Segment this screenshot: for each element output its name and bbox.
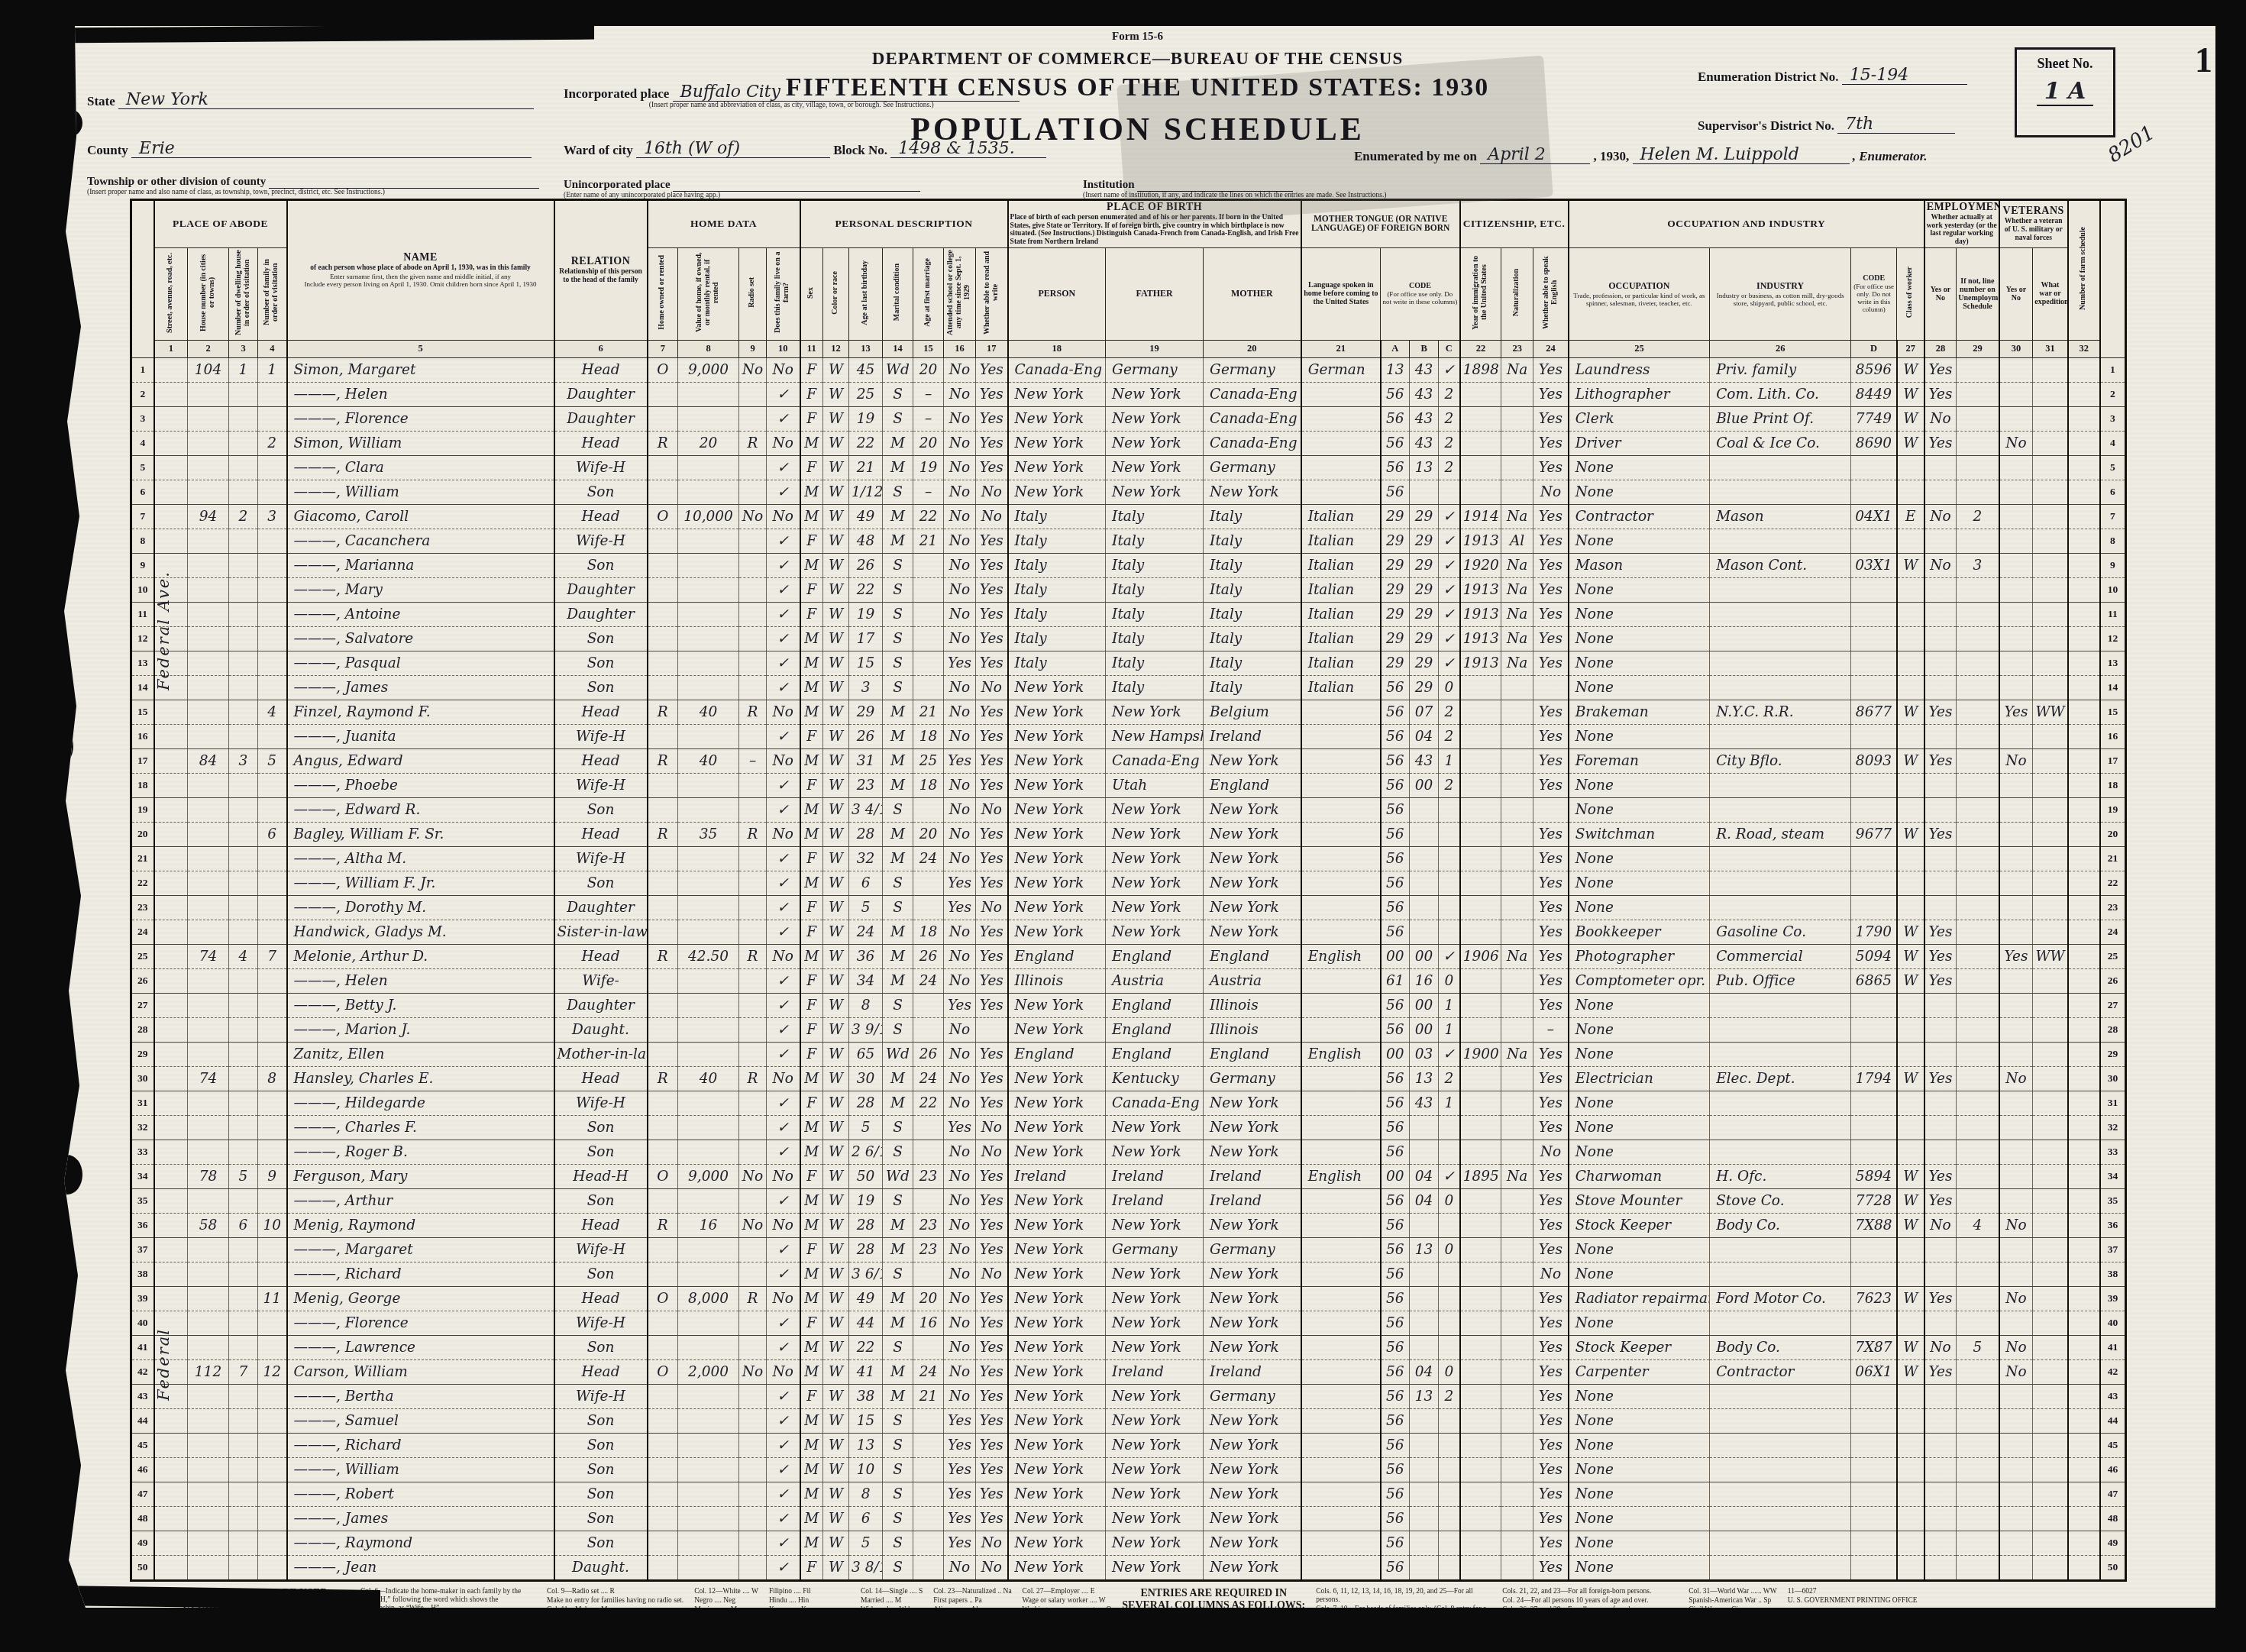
cell-age: 8 bbox=[849, 993, 883, 1017]
cell-radio bbox=[739, 993, 767, 1017]
cell-sch: No bbox=[944, 1311, 976, 1335]
cell-a: 29 bbox=[1381, 577, 1410, 602]
table-row: 24Handwick, Gladys M.Sister-in-law✓FW24M… bbox=[131, 920, 2126, 944]
legend-block: 11—6027U. S. GOVERNMENT PRINTING OFFICE bbox=[1788, 1588, 1918, 1636]
cell-val: 40 bbox=[678, 748, 739, 773]
cell-b: 00 bbox=[1410, 773, 1439, 797]
cell-n2: 30 bbox=[2100, 1066, 2126, 1091]
cell-ind bbox=[1710, 1042, 1851, 1066]
cell-race: W bbox=[823, 602, 849, 626]
cell-yr bbox=[1460, 724, 1501, 748]
col-header: Marital condition bbox=[883, 247, 913, 340]
cell-b bbox=[1410, 1115, 1439, 1140]
cell-c bbox=[1439, 480, 1460, 504]
cell-n: 37 bbox=[131, 1237, 154, 1262]
cell-mar: S bbox=[883, 1506, 913, 1531]
cell-fam bbox=[258, 773, 287, 797]
cell-tongue: German bbox=[1301, 357, 1381, 382]
cell-wk: Yes bbox=[1924, 1286, 1957, 1311]
cell-wk bbox=[1924, 1091, 1957, 1115]
cell-vet bbox=[1999, 1115, 2033, 1140]
cell-rel: Son bbox=[554, 626, 648, 651]
cell-ue bbox=[1957, 1408, 1999, 1433]
cell-nat: Na bbox=[1501, 626, 1533, 651]
cell-rel: Wife-H bbox=[554, 529, 648, 553]
cell-age: 23 bbox=[849, 773, 883, 797]
cell-own: R bbox=[648, 1213, 678, 1237]
cell-a: 56 bbox=[1381, 382, 1410, 406]
enumerated-line: Enumerated by me on April 2 , 1930, Hele… bbox=[1354, 147, 1928, 164]
cell-house bbox=[188, 1311, 229, 1335]
cell-n: 22 bbox=[131, 871, 154, 895]
cell-eng: Yes bbox=[1533, 1433, 1569, 1457]
cell-agem bbox=[913, 1188, 944, 1213]
cell-race: W bbox=[823, 700, 849, 724]
cell-nat bbox=[1501, 920, 1533, 944]
cell-vet bbox=[1999, 1017, 2033, 1042]
cell-ue bbox=[1957, 1359, 1999, 1384]
cell-farm: ✓ bbox=[767, 1408, 800, 1433]
cell-read: Yes bbox=[976, 1359, 1008, 1384]
cell-nat: Na bbox=[1501, 944, 1533, 968]
cell-house bbox=[188, 1335, 229, 1359]
cell-rel: Head bbox=[554, 700, 648, 724]
cell-sex: M bbox=[800, 480, 823, 504]
cell-a: 56 bbox=[1381, 920, 1410, 944]
cell-dw bbox=[229, 577, 258, 602]
cell-name: Handwick, Gladys M. bbox=[287, 920, 554, 944]
cell-cw bbox=[1897, 1433, 1924, 1457]
cell-cw bbox=[1897, 846, 1924, 871]
cell-war bbox=[2033, 1555, 2068, 1580]
cell-read: Yes bbox=[976, 382, 1008, 406]
cell-own bbox=[648, 1115, 678, 1140]
cell-sex: F bbox=[800, 577, 823, 602]
cell-wk: No bbox=[1924, 553, 1957, 577]
cell-name: ———, Salvatore bbox=[287, 626, 554, 651]
cell-sch: Yes bbox=[944, 871, 976, 895]
cell-bp: New York bbox=[1008, 871, 1106, 895]
group-citizenship: CITIZENSHIP, ETC. bbox=[1460, 200, 1569, 248]
cell-cw bbox=[1897, 1115, 1924, 1140]
cell-b: 43 bbox=[1410, 1091, 1439, 1115]
cell-sex: F bbox=[800, 602, 823, 626]
township-field: Township or other division of county (In… bbox=[87, 176, 539, 196]
cell-age: 5 bbox=[849, 1115, 883, 1140]
cell-bm: Illinois bbox=[1204, 1017, 1301, 1042]
cell-occ: None bbox=[1569, 846, 1710, 871]
cell-radio bbox=[739, 553, 767, 577]
cell-fam bbox=[258, 602, 287, 626]
cell-farm: ✓ bbox=[767, 1091, 800, 1115]
cell-sex: M bbox=[800, 1286, 823, 1311]
cell-fs bbox=[2068, 406, 2100, 431]
table-row: 16———, JuanitaWife-H✓FW26M18NoYesNew Yor… bbox=[131, 724, 2126, 748]
cell-own: O bbox=[648, 1286, 678, 1311]
cell-sex: F bbox=[800, 846, 823, 871]
cell-fam bbox=[258, 724, 287, 748]
cell-n: 26 bbox=[131, 968, 154, 993]
cell-sch: No bbox=[944, 1555, 976, 1580]
cell-d bbox=[1851, 529, 1897, 553]
cell-read: Yes bbox=[976, 1506, 1008, 1531]
cell-age: 36 bbox=[849, 944, 883, 968]
cell-bp: New York bbox=[1008, 993, 1106, 1017]
cell-sch: No bbox=[944, 626, 976, 651]
cell-fam bbox=[258, 651, 287, 675]
cell-occ: None bbox=[1569, 529, 1710, 553]
cell-radio bbox=[739, 1188, 767, 1213]
cell-fs bbox=[2068, 357, 2100, 382]
cell-n: 35 bbox=[131, 1188, 154, 1213]
cell-cw bbox=[1897, 455, 1924, 480]
cell-n: 2 bbox=[131, 382, 154, 406]
cell-c: 2 bbox=[1439, 700, 1460, 724]
cell-ind bbox=[1710, 1091, 1851, 1115]
cell-rel: Son bbox=[554, 651, 648, 675]
cell-mar: S bbox=[883, 1262, 913, 1286]
cell-agem: 22 bbox=[913, 1091, 944, 1115]
cell-occ: Comptometer opr. bbox=[1569, 968, 1710, 993]
cell-cw bbox=[1897, 675, 1924, 700]
cell-dw bbox=[229, 480, 258, 504]
cell-c: ✓ bbox=[1439, 944, 1460, 968]
cell-wk bbox=[1924, 993, 1957, 1017]
cell-bp: New York bbox=[1008, 1213, 1106, 1237]
col-number: C bbox=[1439, 340, 1460, 357]
cell-read: Yes bbox=[976, 626, 1008, 651]
cell-mar: S bbox=[883, 1335, 913, 1359]
cell-n2: 12 bbox=[2100, 626, 2126, 651]
cell-mar: M bbox=[883, 1066, 913, 1091]
cell-street bbox=[154, 1555, 188, 1580]
cell-cw bbox=[1897, 1262, 1924, 1286]
cell-radio bbox=[739, 651, 767, 675]
cell-farm: ✓ bbox=[767, 1555, 800, 1580]
cell-wk bbox=[1924, 480, 1957, 504]
cell-name: ———, Lawrence bbox=[287, 1335, 554, 1359]
cell-n: 42 bbox=[131, 1359, 154, 1384]
cell-ind: Com. Lith. Co. bbox=[1710, 382, 1851, 406]
sup-district-value: 7th bbox=[1845, 115, 1873, 134]
cell-rel: Wife-H bbox=[554, 846, 648, 871]
form-header: Form 15-6 DEPARTMENT OF COMMERCE—BUREAU … bbox=[60, 26, 2215, 199]
cell-race: W bbox=[823, 1213, 849, 1237]
cell-nat bbox=[1501, 700, 1533, 724]
sup-district-field: Supervisor's District No. 7th bbox=[1698, 116, 1955, 134]
cell-fam: 8 bbox=[258, 1066, 287, 1091]
cell-vet bbox=[1999, 846, 2033, 871]
cell-name: ———, Helen bbox=[287, 968, 554, 993]
table-row: 30748Hansley, Charles E.HeadR40RNoMW30M2… bbox=[131, 1066, 2126, 1091]
cell-war bbox=[2033, 1262, 2068, 1286]
cell-name: ———, Clara bbox=[287, 455, 554, 480]
cell-sch: No bbox=[944, 944, 976, 968]
cell-sch: No bbox=[944, 1262, 976, 1286]
cell-fam bbox=[258, 382, 287, 406]
cell-war bbox=[2033, 529, 2068, 553]
cell-war bbox=[2033, 577, 2068, 602]
unincorporated-field: Unincorporated place (Enter name of any … bbox=[564, 179, 920, 199]
cell-mar: S bbox=[883, 602, 913, 626]
cell-radio bbox=[739, 577, 767, 602]
cell-radio bbox=[739, 1482, 767, 1506]
cell-eng: Yes bbox=[1533, 1482, 1569, 1506]
cell-dw bbox=[229, 993, 258, 1017]
cell-b: 29 bbox=[1410, 602, 1439, 626]
col-number: 27 bbox=[1897, 340, 1924, 357]
cell-farm: ✓ bbox=[767, 1311, 800, 1335]
cell-sch: No bbox=[944, 431, 976, 455]
cell-fam bbox=[258, 626, 287, 651]
cell-ue bbox=[1957, 797, 1999, 822]
cell-age: 22 bbox=[849, 1335, 883, 1359]
cell-own bbox=[648, 455, 678, 480]
col-header: OCCUPATIONTrade, profession, or particul… bbox=[1569, 247, 1710, 340]
cell-vet bbox=[1999, 1237, 2033, 1262]
cell-vet bbox=[1999, 871, 2033, 895]
cell-bp: New York bbox=[1008, 480, 1106, 504]
cell-c bbox=[1439, 895, 1460, 920]
cell-n2: 19 bbox=[2100, 797, 2126, 822]
cell-sex: M bbox=[800, 797, 823, 822]
cell-dw bbox=[229, 846, 258, 871]
cell-a: 56 bbox=[1381, 1359, 1410, 1384]
cell-occ: Stove Mounter bbox=[1569, 1188, 1710, 1213]
cell-occ: Radiator repairman bbox=[1569, 1286, 1710, 1311]
cell-ind bbox=[1710, 1262, 1851, 1286]
cell-race: W bbox=[823, 1384, 849, 1408]
cell-mar: Wd bbox=[883, 1042, 913, 1066]
cell-ue bbox=[1957, 1115, 1999, 1140]
cell-house bbox=[188, 529, 229, 553]
cell-vet bbox=[1999, 455, 2033, 480]
table-row: 22———, William F. Jr.Son✓MW6SYesYesNew Y… bbox=[131, 871, 2126, 895]
cell-fam bbox=[258, 846, 287, 871]
cell-read: Yes bbox=[976, 1457, 1008, 1482]
table-row: 11———, AntoineDaughter✓FW19SNoYesItalyIt… bbox=[131, 602, 2126, 626]
cell-bp: New York bbox=[1008, 1506, 1106, 1531]
cell-fam: 2 bbox=[258, 431, 287, 455]
cell-n: 4 bbox=[131, 431, 154, 455]
cell-bp: New York bbox=[1008, 822, 1106, 846]
cell-race: W bbox=[823, 1311, 849, 1335]
cell-yr: 1914 bbox=[1460, 504, 1501, 529]
cell-b bbox=[1410, 1335, 1439, 1359]
cell-cw bbox=[1897, 1457, 1924, 1482]
cell-tongue: Italian bbox=[1301, 602, 1381, 626]
cell-war bbox=[2033, 1091, 2068, 1115]
cell-fam bbox=[258, 968, 287, 993]
cell-val: 9,000 bbox=[678, 1164, 739, 1188]
cell-cw bbox=[1897, 1017, 1924, 1042]
cell-bf: Kentucky bbox=[1106, 1066, 1204, 1091]
cell-street bbox=[154, 748, 188, 773]
cell-occ: None bbox=[1569, 1237, 1710, 1262]
cell-dw: 6 bbox=[229, 1213, 258, 1237]
cell-cw: W bbox=[1897, 357, 1924, 382]
cell-read bbox=[976, 1017, 1008, 1042]
cell-eng: Yes bbox=[1533, 602, 1569, 626]
cell-vet bbox=[1999, 675, 2033, 700]
cell-tongue: Italian bbox=[1301, 651, 1381, 675]
cell-b: 04 bbox=[1410, 1164, 1439, 1188]
cell-rel: Daughter bbox=[554, 382, 648, 406]
table-row: 154Finzel, Raymond F.HeadR40RNoMW29M21No… bbox=[131, 700, 2126, 724]
cell-cw bbox=[1897, 993, 1924, 1017]
cell-bm: Italy bbox=[1204, 626, 1301, 651]
cell-agem: 18 bbox=[913, 920, 944, 944]
cell-fs bbox=[2068, 1482, 2100, 1506]
cell-d bbox=[1851, 651, 1897, 675]
cell-yr bbox=[1460, 920, 1501, 944]
cell-bp: Italy bbox=[1008, 602, 1106, 626]
line-number-col-header-right bbox=[2100, 200, 2126, 358]
cell-wk bbox=[1924, 529, 1957, 553]
cell-c bbox=[1439, 1531, 1460, 1555]
cell-vet: No bbox=[1999, 1213, 2033, 1237]
cell-house bbox=[188, 1457, 229, 1482]
cell-sex: M bbox=[800, 1066, 823, 1091]
cell-d: 7623 bbox=[1851, 1286, 1897, 1311]
cell-wk bbox=[1924, 724, 1957, 748]
cell-ind: Body Co. bbox=[1710, 1213, 1851, 1237]
cell-wk: Yes bbox=[1924, 1188, 1957, 1213]
cell-tongue bbox=[1301, 1482, 1381, 1506]
cell-race: W bbox=[823, 626, 849, 651]
cell-occ: None bbox=[1569, 1262, 1710, 1286]
cell-race: W bbox=[823, 797, 849, 822]
cell-a: 56 bbox=[1381, 993, 1410, 1017]
cell-wk bbox=[1924, 675, 1957, 700]
cell-occ: None bbox=[1569, 1555, 1710, 1580]
cell-yr bbox=[1460, 797, 1501, 822]
cell-read: Yes bbox=[976, 651, 1008, 675]
cell-fam: 6 bbox=[258, 822, 287, 846]
cell-bm: New York bbox=[1204, 1091, 1301, 1115]
cell-b: 04 bbox=[1410, 724, 1439, 748]
cell-bf: New York bbox=[1106, 1482, 1204, 1506]
cell-occ: Mason bbox=[1569, 553, 1710, 577]
cell-sex: F bbox=[800, 357, 823, 382]
cell-war bbox=[2033, 455, 2068, 480]
cell-read: Yes bbox=[976, 1433, 1008, 1457]
cell-n: 7 bbox=[131, 504, 154, 529]
cell-vet bbox=[1999, 1506, 2033, 1531]
cell-name: ———, Marianna bbox=[287, 553, 554, 577]
cell-c: 0 bbox=[1439, 675, 1460, 700]
cell-bf: Italy bbox=[1106, 602, 1204, 626]
cell-race: W bbox=[823, 944, 849, 968]
cell-agem: 21 bbox=[913, 529, 944, 553]
cell-race: W bbox=[823, 480, 849, 504]
cell-bm: New York bbox=[1204, 1408, 1301, 1433]
cell-d bbox=[1851, 480, 1897, 504]
cell-n2: 37 bbox=[2100, 1237, 2126, 1262]
cell-a: 56 bbox=[1381, 773, 1410, 797]
cell-tongue bbox=[1301, 455, 1381, 480]
cell-val bbox=[678, 480, 739, 504]
cell-a: 56 bbox=[1381, 846, 1410, 871]
cell-c: 1 bbox=[1439, 1017, 1460, 1042]
cell-cw: W bbox=[1897, 1066, 1924, 1091]
cell-bf: Italy bbox=[1106, 504, 1204, 529]
cell-vet bbox=[1999, 1188, 2033, 1213]
cell-mar: S bbox=[883, 553, 913, 577]
cell-vet bbox=[1999, 1384, 2033, 1408]
group-personal-description: PERSONAL DESCRIPTION bbox=[800, 200, 1008, 248]
cell-farm: ✓ bbox=[767, 920, 800, 944]
cell-eng: Yes bbox=[1533, 382, 1569, 406]
cell-ind bbox=[1710, 1506, 1851, 1531]
col-number: 7 bbox=[648, 340, 678, 357]
cell-agem: 20 bbox=[913, 1286, 944, 1311]
cell-read: Yes bbox=[976, 822, 1008, 846]
cell-a: 56 bbox=[1381, 895, 1410, 920]
cell-sch: No bbox=[944, 1066, 976, 1091]
cell-wk bbox=[1924, 1017, 1957, 1042]
cell-bm: New York bbox=[1204, 1115, 1301, 1140]
cell-dw bbox=[229, 626, 258, 651]
cell-ind bbox=[1710, 1408, 1851, 1433]
cell-agem bbox=[913, 553, 944, 577]
cell-sex: F bbox=[800, 1017, 823, 1042]
cell-tongue bbox=[1301, 1188, 1381, 1213]
cell-a: 56 bbox=[1381, 480, 1410, 504]
cell-ue bbox=[1957, 871, 1999, 895]
cell-occ: Carpenter bbox=[1569, 1359, 1710, 1384]
cell-read: No bbox=[976, 1115, 1008, 1140]
cell-c: 1 bbox=[1439, 1091, 1460, 1115]
cell-age: 28 bbox=[849, 1091, 883, 1115]
cell-name: ———, Florence bbox=[287, 406, 554, 431]
cell-farm: ✓ bbox=[767, 626, 800, 651]
cell-b: 13 bbox=[1410, 1066, 1439, 1091]
cell-radio bbox=[739, 920, 767, 944]
cell-house bbox=[188, 1433, 229, 1457]
cell-fs bbox=[2068, 1286, 2100, 1311]
cell-read: Yes bbox=[976, 1311, 1008, 1335]
cell-own: R bbox=[648, 431, 678, 455]
cell-ind: Commercial bbox=[1710, 944, 1851, 968]
cell-cw: W bbox=[1897, 1335, 1924, 1359]
cell-nat bbox=[1501, 1286, 1533, 1311]
cell-own bbox=[648, 1482, 678, 1506]
cell-race: W bbox=[823, 724, 849, 748]
cell-house bbox=[188, 1531, 229, 1555]
cell-rel: Wife-H bbox=[554, 773, 648, 797]
cell-nat: Al bbox=[1501, 529, 1533, 553]
cell-fs bbox=[2068, 944, 2100, 968]
cell-street bbox=[154, 1506, 188, 1531]
cell-read: Yes bbox=[976, 1408, 1008, 1433]
cell-mar: S bbox=[883, 1457, 913, 1482]
cell-tongue: English bbox=[1301, 1042, 1381, 1066]
cell-n: 10 bbox=[131, 577, 154, 602]
cell-bf: New York bbox=[1106, 382, 1204, 406]
cell-val bbox=[678, 1017, 739, 1042]
cell-wk bbox=[1924, 846, 1957, 871]
group-name: NAME of each person whose place of abode… bbox=[287, 200, 554, 341]
cell-bp: New York bbox=[1008, 431, 1106, 455]
cell-name: ———, Helen bbox=[287, 382, 554, 406]
cell-val: 40 bbox=[678, 700, 739, 724]
cell-house bbox=[188, 895, 229, 920]
cell-agem: 18 bbox=[913, 724, 944, 748]
cell-nat bbox=[1501, 1213, 1533, 1237]
cell-bm: New York bbox=[1204, 1482, 1301, 1506]
cell-eng: Yes bbox=[1533, 626, 1569, 651]
